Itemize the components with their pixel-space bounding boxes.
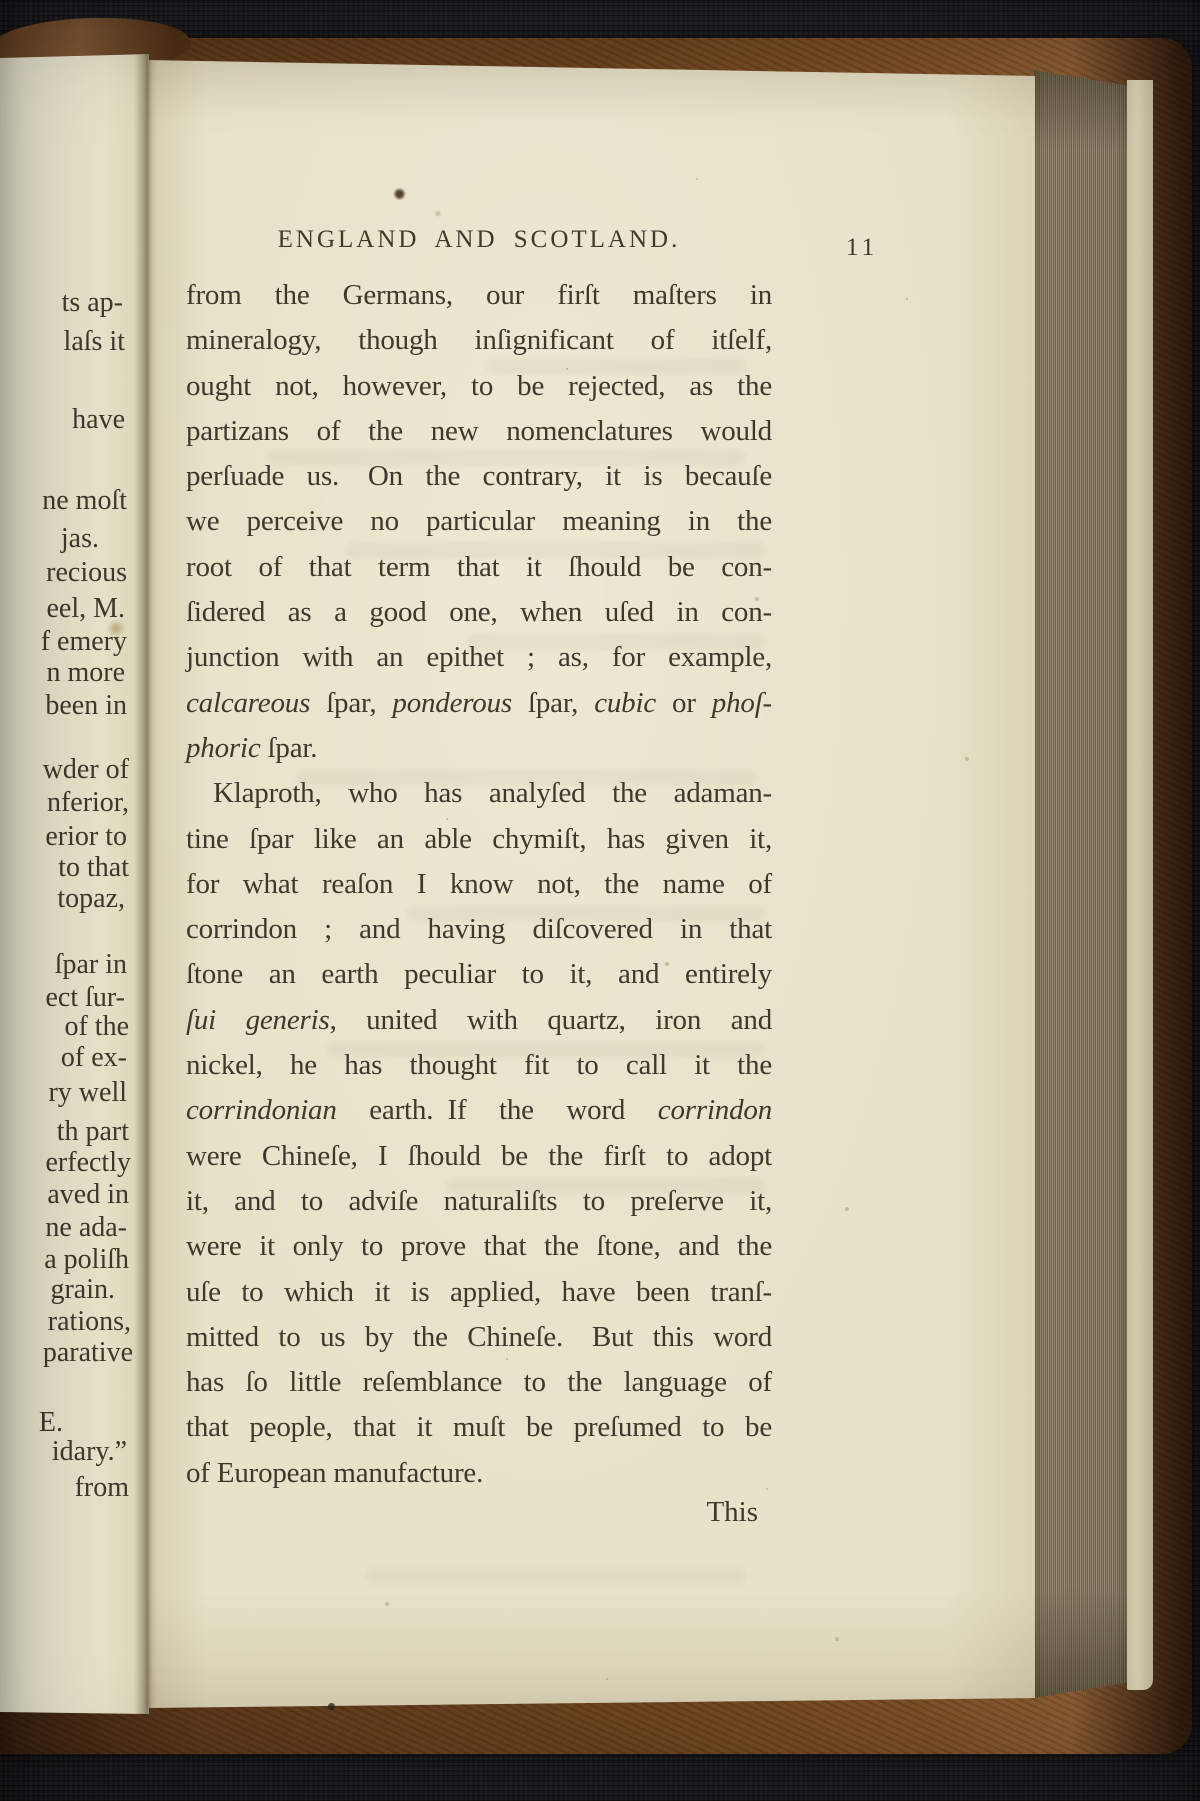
body-line: of European manufacture.	[186, 1451, 772, 1496]
left-page-fragment: ne ada-	[45, 1213, 127, 1244]
body-line: perſuade us. On the contrary, it is beca…	[186, 454, 772, 499]
body-line: junction with an epithet ; as, for examp…	[186, 635, 772, 680]
body-text: from the Germans, our firſt maſters inmi…	[186, 273, 772, 1496]
left-page-fragment: from	[75, 1473, 129, 1504]
left-page-fragment: of ex-	[61, 1043, 127, 1074]
body-line: for what reaſon I know not, the name of	[186, 862, 772, 907]
body-line: corrindonian earth. If the word corrindo…	[186, 1088, 772, 1133]
left-page-fragment: th part	[57, 1117, 129, 1148]
left-page-fragment: eel, M.	[46, 594, 125, 625]
body-line: were it only to prove that the ſtone, an…	[186, 1224, 772, 1269]
left-page-fragment: n more	[46, 658, 125, 689]
left-page-fragment: wder of	[43, 755, 129, 786]
left-page-fragment: topaz,	[57, 884, 125, 915]
body-line: ſidered as a good one, when uſed in con-	[186, 590, 772, 635]
left-page-fragment: been in	[45, 691, 127, 722]
left-page-fragment: ect ſur-	[45, 983, 125, 1014]
body-line: that people, that it muſt be preſumed to…	[186, 1405, 772, 1450]
left-page-fragment: ts ap-	[62, 288, 123, 319]
left-page-fragment: of the	[64, 1012, 129, 1043]
body-line: nickel, he has thought fit to call it th…	[186, 1043, 772, 1088]
body-line: mitted to us by the Chineſe. But this wo…	[186, 1315, 772, 1360]
left-page-fragment: ſpar in	[55, 950, 127, 981]
flyleaf-edge	[1127, 80, 1153, 1690]
left-page-fragment: nferior,	[47, 788, 129, 819]
left-page-fragment: a poliſh	[44, 1245, 129, 1276]
body-line: calcareous ſpar, ponderous ſpar, cubic o…	[186, 681, 772, 726]
left-page-fragment: idary.”	[52, 1437, 127, 1468]
body-line: uſe to which it is applied, have been tr…	[186, 1270, 772, 1315]
body-line: from the Germans, our firſt maſters in	[186, 273, 772, 318]
catchword: This	[186, 1496, 772, 1529]
body-line: ſui generis, united with quartz, iron an…	[186, 998, 772, 1043]
left-page-fragment: jas.	[61, 524, 99, 555]
body-line: were Chineſe, I ſhould be the firſt to a…	[186, 1134, 772, 1179]
body-line: ought not, however, to be rejected, as t…	[186, 364, 772, 409]
body-line: mineralogy, though inſignificant of itſe…	[186, 318, 772, 363]
foxing-spot	[393, 188, 406, 200]
left-page-fragment: E.	[39, 1408, 63, 1439]
left-page-fragment: recious	[46, 558, 127, 589]
body-line: phoric ſpar.	[186, 726, 772, 771]
showthrough-texture	[366, 1568, 746, 1584]
page-number: 11	[846, 234, 878, 262]
left-page-fragment: f emery	[41, 627, 127, 658]
right-page: ENGLAND AND SCOTLAND. 11 from the German…	[146, 58, 1035, 1708]
left-page-fragment: parative	[43, 1338, 133, 1369]
body-line: partizans of the new nomenclatures would	[186, 409, 772, 454]
body-line: has ſo little reſemblance to the languag…	[186, 1360, 772, 1405]
left-page-fragment: ne moſt	[42, 486, 127, 517]
left-page-fragment: have	[72, 405, 125, 436]
left-page-fragment: laſs it	[64, 327, 125, 358]
left-page-fragment: grain.	[50, 1275, 115, 1306]
body-line: ſtone an earth peculiar to it, and entir…	[186, 952, 772, 997]
left-page-fragment: to that	[58, 853, 129, 884]
body-line: tine ſpar like an able chymiſt, has give…	[186, 817, 772, 862]
left-page-fragment: erfectly	[46, 1148, 132, 1179]
foxing-spot	[434, 210, 442, 217]
left-page-fragment: erior to	[45, 822, 127, 853]
body-line: root of that term that it ſhould be con-	[186, 545, 772, 590]
left-page-fragment: ry well	[48, 1078, 127, 1109]
body-line: it, and to adviſe naturaliſts to preſerv…	[186, 1179, 772, 1224]
body-line: Klaproth, who has analyſed the adaman-	[186, 771, 772, 816]
left-page-fragment: aved in	[47, 1180, 129, 1211]
body-line: corrindon ; and having diſcovered in tha…	[186, 907, 772, 952]
left-page-fragment: rations,	[48, 1307, 131, 1338]
body-line: we perceive no particular meaning in the	[186, 499, 772, 544]
book-photo: ts ap-laſs ithavene moſtjas.reciouseel, …	[0, 0, 1200, 1801]
left-page: ts ap-laſs ithavene moſtjas.reciouseel, …	[0, 54, 149, 1714]
running-header: ENGLAND AND SCOTLAND.	[186, 226, 772, 254]
page-block-fore-edge	[1034, 68, 1130, 1702]
